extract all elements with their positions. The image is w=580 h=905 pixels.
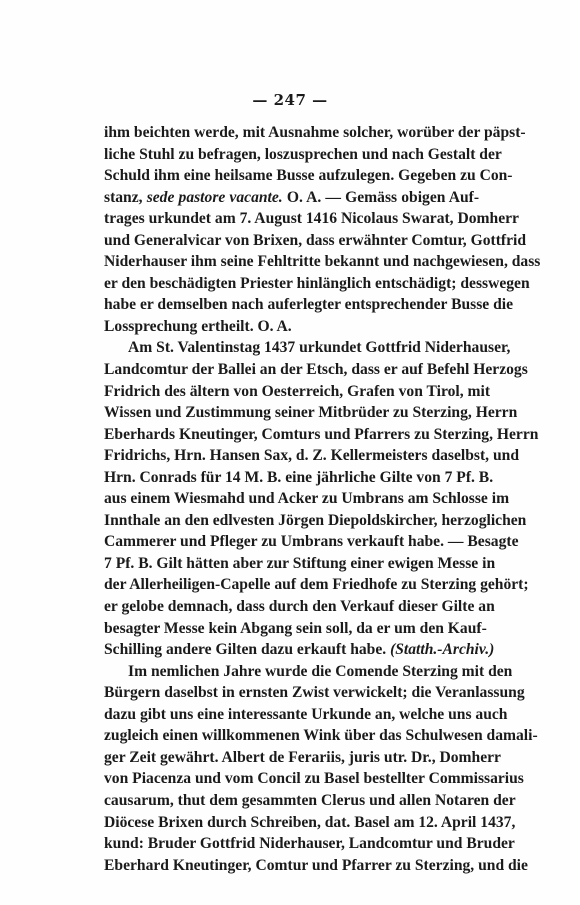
- citation-source: (Statth.-Archiv.): [390, 641, 494, 658]
- text-line: 7 Pf. B. Gilt hätten aber zur Stiftung e…: [104, 553, 479, 575]
- text-line: kund: Bruder Gottfrid Niderhauser, Landc…: [104, 833, 479, 855]
- text-line: Niderhauser ihm seine Fehltritte bekannt…: [104, 251, 479, 273]
- text-line: Fridrich des ältern von Oesterreich, Gra…: [104, 381, 479, 403]
- text-line: causarum, thut dem gesammten Clerus und …: [104, 790, 479, 812]
- italic-phrase: sede pastore vacante.: [147, 189, 283, 206]
- page-body: ihm beichten werde, mit Ausnahme solcher…: [104, 122, 479, 876]
- text-line: zugleich einen willkommenen Wink über da…: [104, 725, 479, 747]
- text-line: Hrn. Conrads für 14 M. B. eine jährliche…: [104, 467, 479, 489]
- text-line: von Piacenza und vom Concil zu Basel bes…: [104, 768, 479, 790]
- text-line: Wissen und Zustimmung seiner Mitbrüder z…: [104, 402, 479, 424]
- text-line: er den beschädigten Priester hinlänglich…: [104, 273, 479, 295]
- book-page: — 247 — ihm beichten werde, mit Ausnahme…: [0, 0, 580, 905]
- text-line: Eberhard Kneutinger, Comtur und Pfarrer …: [104, 855, 479, 877]
- text-line: Schuld ihm eine heilsame Busse aufzulege…: [104, 165, 479, 187]
- text-line: Bürgern daselbst in ernsten Zwist verwic…: [104, 682, 479, 704]
- text-line: Lossprechung ertheilt. O. A.: [104, 316, 479, 338]
- text-segment: stanz,: [104, 189, 147, 206]
- text-line: aus einem Wiesmahd und Acker zu Umbrans …: [104, 488, 479, 510]
- text-line: Landcomtur der Ballei an der Etsch, dass…: [104, 359, 479, 381]
- text-line: Schilling andere Gilten dazu erkauft hab…: [104, 639, 479, 661]
- text-line: und Generalvicar von Brixen, dass erwähn…: [104, 230, 479, 252]
- text-line: stanz, sede pastore vacante. O. A. — Gem…: [104, 187, 479, 209]
- text-line: habe er demselben nach auferlegter entsp…: [104, 294, 479, 316]
- text-line: ihm beichten werde, mit Ausnahme solcher…: [104, 122, 479, 144]
- text-line: liche Stuhl zu befragen, loszusprechen u…: [104, 144, 479, 166]
- text-line: der Allerheiligen-Capelle auf dem Friedh…: [104, 574, 479, 596]
- text-segment: Schilling andere Gilten dazu erkauft hab…: [104, 641, 390, 658]
- paragraph-start-line: Im nemlichen Jahre wurde die Comende Ste…: [104, 661, 479, 683]
- text-line: er gelobe demnach, dass durch den Verkau…: [104, 596, 479, 618]
- text-line: Eberhards Kneutinger, Comturs und Pfarre…: [104, 424, 479, 446]
- text-line: ger Zeit gewährt. Albert de Ferariis, ju…: [104, 747, 479, 769]
- text-line: dazu gibt uns eine interessante Urkunde …: [104, 704, 479, 726]
- text-line: Diöcese Brixen durch Schreiben, dat. Bas…: [104, 812, 479, 834]
- text-line: besagter Messe kein Abgang sein soll, da…: [104, 618, 479, 640]
- paragraph-start-line: Am St. Valentinstag 1437 urkundet Gottfr…: [104, 337, 479, 359]
- text-line: Innthale an den edlvesten Jörgen Diepold…: [104, 510, 479, 532]
- text-line: Cammerer und Pfleger zu Umbrans verkauft…: [104, 531, 479, 553]
- text-line: Fridrichs, Hrn. Hansen Sax, d. Z. Keller…: [104, 445, 479, 467]
- text-line: trages urkundet am 7. August 1416 Nicola…: [104, 208, 479, 230]
- text-segment: O. A. — Gemäss obigen Auf-: [283, 189, 479, 206]
- page-number: — 247 —: [0, 91, 580, 109]
